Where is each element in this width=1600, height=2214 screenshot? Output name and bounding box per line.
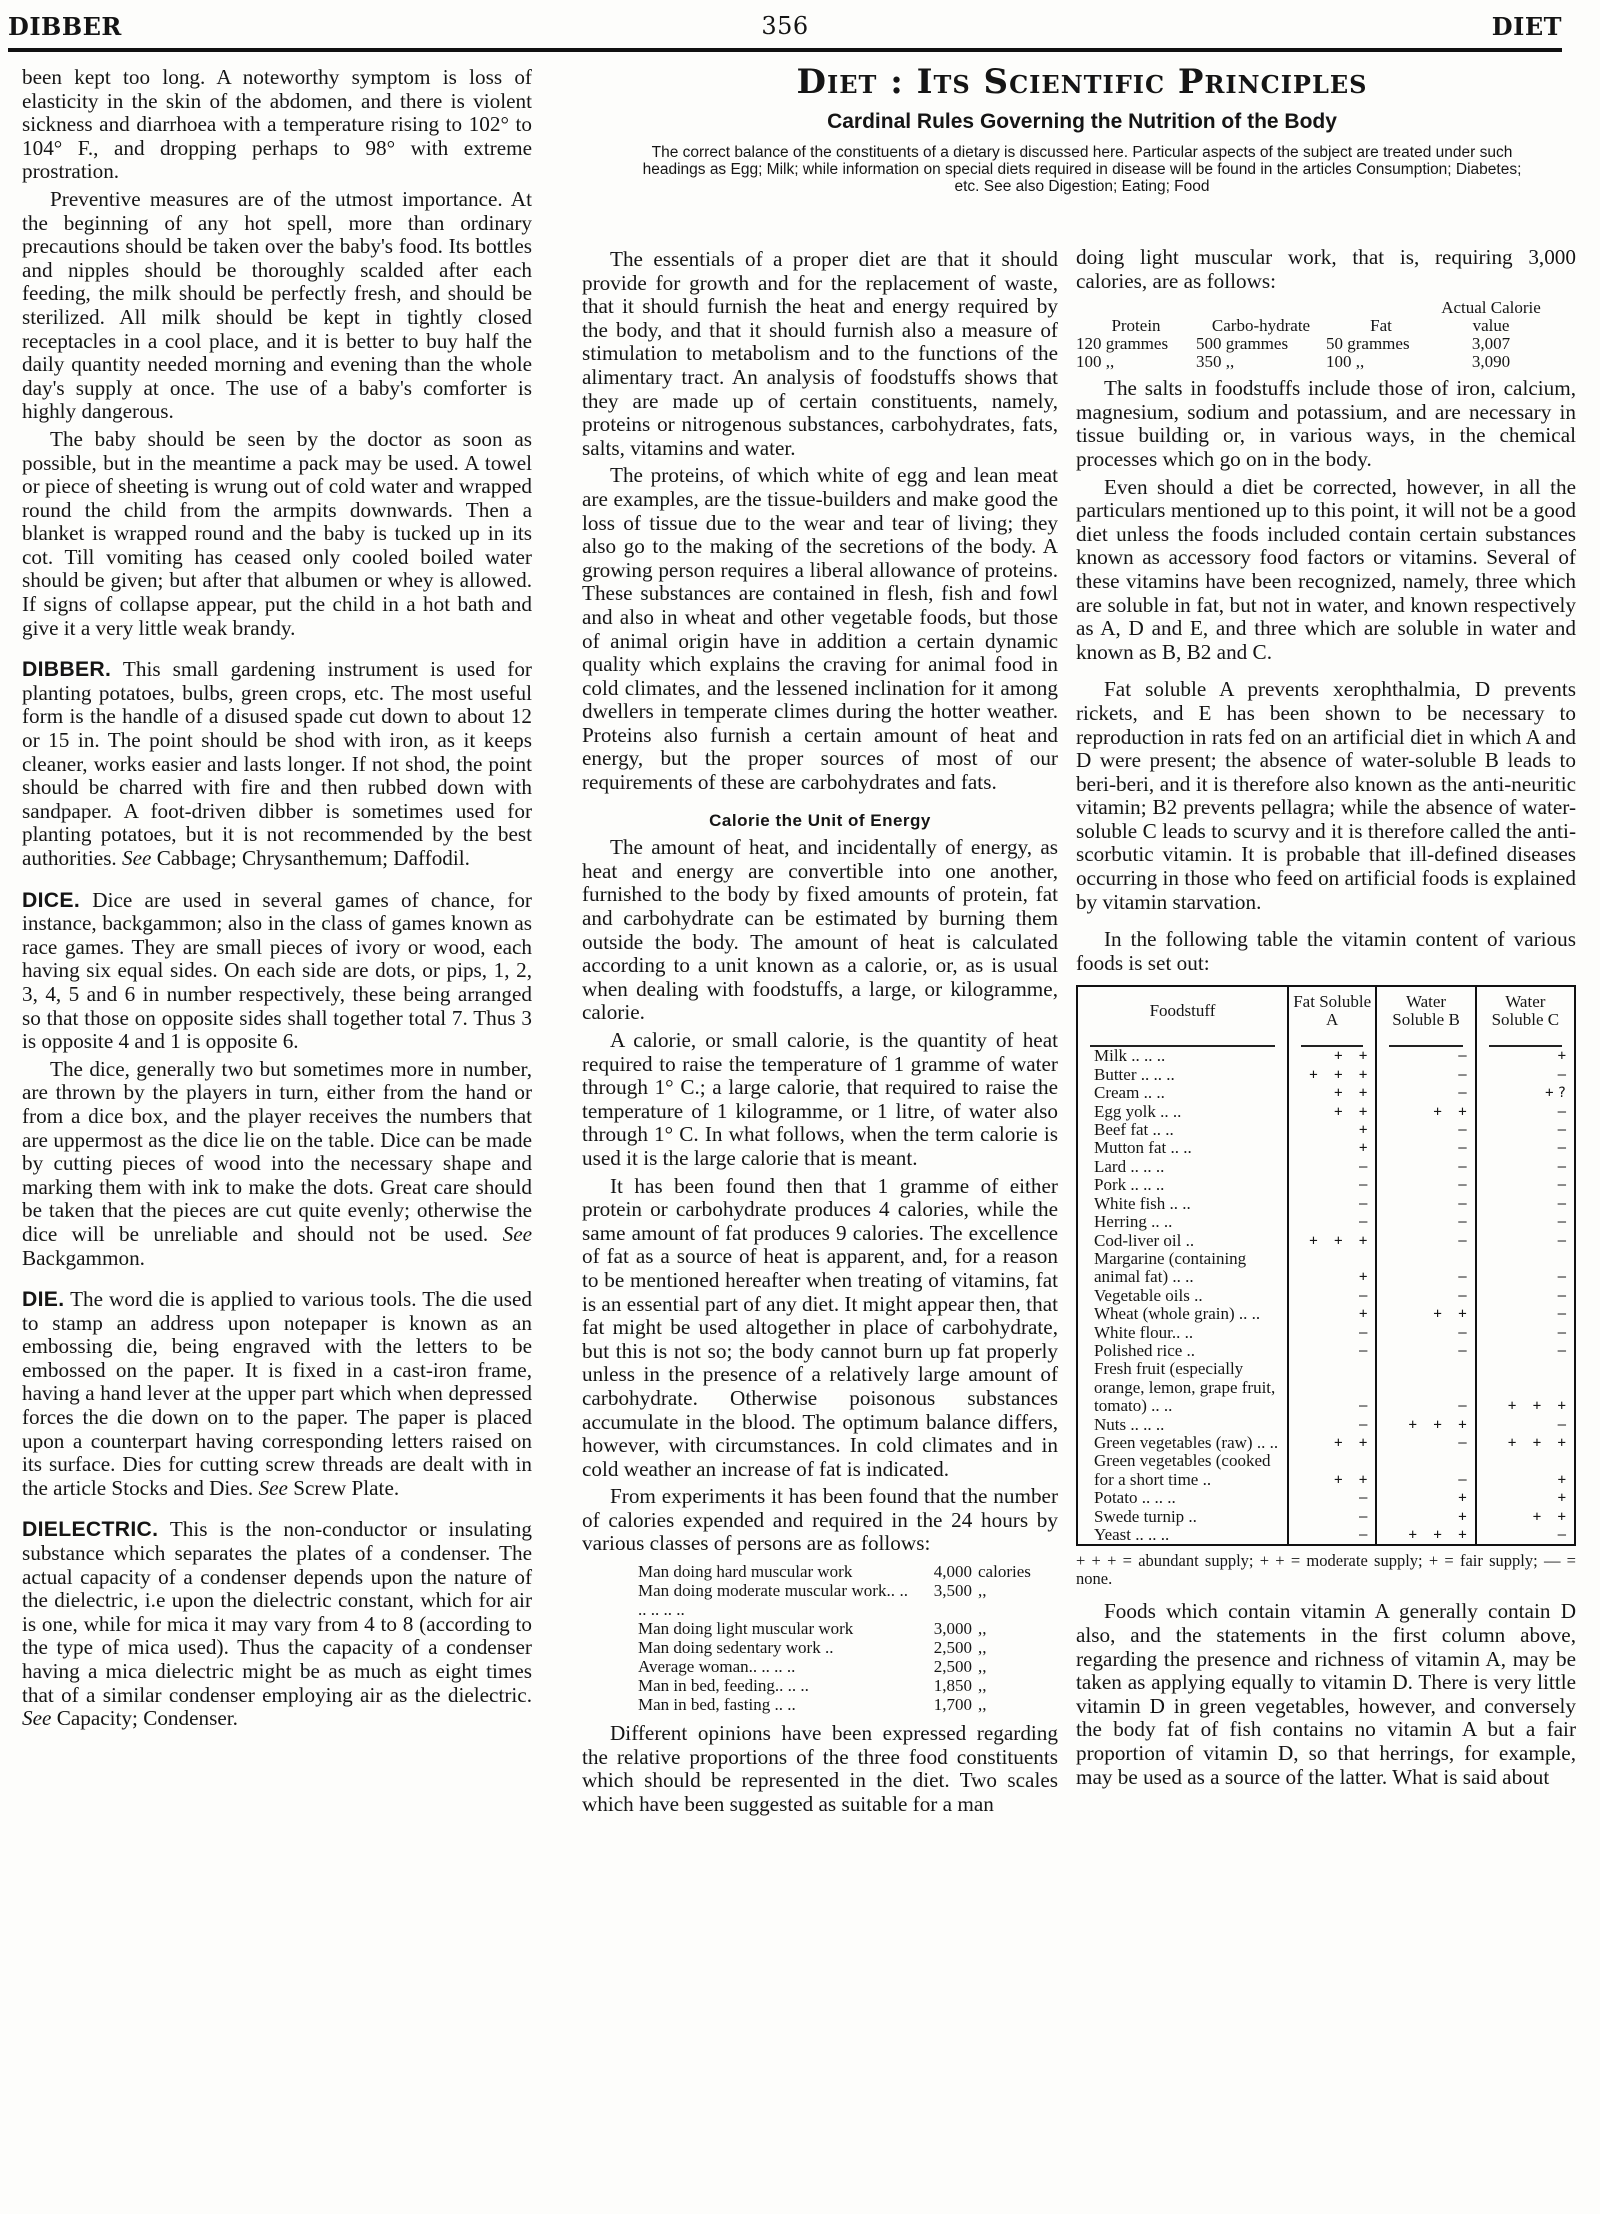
vitamin-c-cell: — — [1476, 1066, 1574, 1084]
table-row: Polished rice .. — — — — [1078, 1342, 1574, 1360]
table-row: 100 ,, 350 ,, 100 ,, 3,090 — [1076, 353, 1576, 371]
section-heading: Calorie the Unit of Energy — [582, 809, 1058, 833]
vitamin-c-cell: — — [1476, 1176, 1574, 1194]
table-row: Green vegetables (raw) .. .. + + — + + + — [1078, 1434, 1574, 1452]
paragraph: The baby should be seen by the doctor as… — [22, 428, 532, 640]
vitamin-a-cell: — — [1288, 1360, 1376, 1415]
vitamin-a-cell: — — [1288, 1416, 1376, 1434]
vitamin-b-cell: — — [1376, 1139, 1475, 1157]
running-head-right: DIET — [1492, 12, 1562, 41]
foodstuff-cell: Herring .. .. — [1078, 1213, 1288, 1231]
table-row: Wheat (whole grain) .. .. + + + — — [1078, 1305, 1574, 1323]
headword: DIBBER. — [22, 658, 111, 681]
vitamin-b-cell: — — [1376, 1176, 1475, 1194]
see-reference-label: See — [259, 1476, 288, 1500]
vitamin-a-cell: + — [1288, 1305, 1376, 1323]
foodstuff-cell: Green vegetables (cooked for a short tim… — [1078, 1452, 1288, 1489]
cross-reference[interactable]: Capacity; Condenser. — [51, 1706, 238, 1730]
foodstuff-cell: Milk .. .. .. — [1078, 1047, 1288, 1065]
vitamin-a-cell: — — [1288, 1176, 1376, 1194]
foodstuff-cell: Mutton fat .. .. — [1078, 1139, 1288, 1157]
foodstuff-cell: Beef fat .. .. — [1078, 1121, 1288, 1139]
vitamin-b-cell: + + — [1376, 1103, 1475, 1121]
vitamin-c-cell: — — [1476, 1158, 1574, 1176]
table-row: Man doing sedentary work ..2,500,, — [638, 1638, 1058, 1657]
table-row: Cream .. .. + + — +? — [1078, 1084, 1574, 1102]
vitamin-a-cell: — — [1288, 1489, 1376, 1507]
paragraph: From experiments it has been found that … — [582, 1485, 1058, 1556]
table-row: Swede turnip .. — + + + — [1078, 1508, 1574, 1526]
vitamin-b-cell: — — [1376, 1158, 1475, 1176]
table-row: Lard .. .. .. — — — — [1078, 1158, 1574, 1176]
table-row: Margarine (containing animal fat) .. .. … — [1078, 1250, 1574, 1287]
foodstuff-cell: Swede turnip .. — [1078, 1508, 1288, 1526]
vitamin-b-cell: — — [1376, 1360, 1475, 1415]
entry-dice: DICE. Dice are used in several games of … — [22, 889, 532, 1054]
vitamin-c-cell: — — [1476, 1287, 1574, 1305]
vitamin-b-cell: — — [1376, 1452, 1475, 1489]
vitamin-b-cell: + — [1376, 1508, 1475, 1526]
vitamin-c-cell: — — [1476, 1305, 1574, 1323]
vitamin-a-cell: + — [1288, 1121, 1376, 1139]
vitamin-c-cell: + — [1476, 1489, 1574, 1507]
table-row: Green vegetables (cooked for a short tim… — [1078, 1452, 1574, 1489]
see-reference-label: See — [22, 1706, 51, 1730]
table-row: Milk .. .. .. + + — + — [1078, 1047, 1574, 1065]
entry-dielectric: DIELECTRIC. This is the non-conductor or… — [22, 1518, 532, 1730]
entry-die: DIE. The word die is applied to various … — [22, 1288, 532, 1500]
foodstuff-cell: Cod-liver oil .. — [1078, 1232, 1288, 1250]
cross-reference[interactable]: Backgammon. — [22, 1246, 145, 1270]
vitamin-c-cell: + — [1476, 1047, 1574, 1065]
foodstuff-cell: Fresh fruit (especially orange, lemon, g… — [1078, 1360, 1288, 1415]
vitamin-a-cell: — — [1288, 1213, 1376, 1231]
vitamin-c-cell: — — [1476, 1103, 1574, 1121]
paragraph: A calorie, or small calorie, is the quan… — [582, 1029, 1058, 1171]
vitamin-a-cell: + + — [1288, 1434, 1376, 1452]
cross-reference[interactable]: Screw Plate. — [288, 1476, 399, 1500]
vitamin-a-cell: — — [1288, 1342, 1376, 1360]
paragraph: been kept too long. A noteworthy symptom… — [22, 66, 532, 184]
vitamin-a-cell: + — [1288, 1139, 1376, 1157]
vitamin-b-cell: + + — [1376, 1305, 1475, 1323]
vitamin-b-cell: — — [1376, 1084, 1475, 1102]
foodstuff-cell: Potato .. .. .. — [1078, 1489, 1288, 1507]
foodstuff-cell: Nuts .. .. .. — [1078, 1416, 1288, 1434]
vitamin-c-cell: — — [1476, 1121, 1574, 1139]
foodstuff-cell: Polished rice .. — [1078, 1342, 1288, 1360]
foodstuff-cell: Cream .. .. — [1078, 1084, 1288, 1102]
vitamin-a-cell: + + + — [1288, 1066, 1376, 1084]
paragraph: The essentials of a proper diet are that… — [582, 248, 1058, 460]
running-head-left: DIBBER — [8, 12, 122, 41]
vitamin-b-cell: — — [1376, 1066, 1475, 1084]
calorie-requirements-table: Man doing hard muscular work4,000calorie… — [638, 1562, 1058, 1714]
headword: DIELECTRIC. — [22, 1518, 158, 1541]
headword: DIE. — [22, 1288, 64, 1311]
header-rule — [8, 48, 1562, 52]
foodstuff-cell: Vegetable oils .. — [1078, 1287, 1288, 1305]
page-number: 356 — [761, 12, 808, 40]
foodstuff-cell: Green vegetables (raw) .. .. — [1078, 1434, 1288, 1452]
foodstuff-cell: White flour.. .. — [1078, 1324, 1288, 1342]
foodstuff-cell: White fish .. .. — [1078, 1195, 1288, 1213]
table-row: Man doing moderate muscular work.. .. ..… — [638, 1581, 1058, 1619]
diet-ratio-table: Protein Carbo-hydrate Fat Actual Calorie… — [1076, 299, 1576, 371]
vitamin-b-cell: — — [1376, 1287, 1475, 1305]
table-header: Foodstuff Fat Soluble A Water Soluble B … — [1078, 987, 1574, 1039]
foodstuff-cell: Pork .. .. .. — [1078, 1176, 1288, 1194]
foodstuff-cell: Egg yolk .. .. — [1078, 1103, 1288, 1121]
cross-reference[interactable]: Cabbage; Chrysanthemum; Daffodil. — [151, 846, 470, 870]
article-blurb: The correct balance of the constituents … — [642, 144, 1522, 195]
table-row: Potato .. .. .. — + + — [1078, 1489, 1574, 1507]
vitamin-b-cell: — — [1376, 1195, 1475, 1213]
see-reference-label: See — [503, 1222, 532, 1246]
table-row: White flour.. .. — — — — [1078, 1324, 1574, 1342]
vitamin-a-cell: — — [1288, 1508, 1376, 1526]
foodstuff-cell: Lard .. .. .. — [1078, 1158, 1288, 1176]
foodstuff-cell: Butter .. .. .. — [1078, 1066, 1288, 1084]
table-row: 120 grammes 500 grammes 50 grammes 3,007 — [1076, 335, 1576, 353]
foodstuff-cell: Margarine (containing animal fat) .. .. — [1078, 1250, 1288, 1287]
left-column: been kept too long. A noteworthy symptom… — [22, 66, 532, 1735]
paragraph: Foods which contain vitamin A generally … — [1076, 1600, 1576, 1789]
vitamin-c-cell: +? — [1476, 1084, 1574, 1102]
vitamin-c-cell: + + — [1476, 1508, 1574, 1526]
table-row: Cod-liver oil .. + + + — — — [1078, 1232, 1574, 1250]
vitamin-b-cell: + + + — [1376, 1416, 1475, 1434]
vitamin-c-cell: — — [1476, 1232, 1574, 1250]
vitamin-c-cell: — — [1476, 1139, 1574, 1157]
table-row: Vegetable oils .. — — — — [1078, 1287, 1574, 1305]
article-subtitle: Cardinal Rules Governing the Nutrition o… — [582, 110, 1582, 134]
table-row: Fresh fruit (especially orange, lemon, g… — [1078, 1360, 1574, 1415]
vitamin-c-cell: + + + — [1476, 1434, 1574, 1452]
table-row: Egg yolk .. .. + + + + — — [1078, 1103, 1574, 1121]
vitamin-b-cell: + — [1376, 1489, 1475, 1507]
table-row: Nuts .. .. .. — + + + — — [1078, 1416, 1574, 1434]
vitamin-b-cell: — — [1376, 1250, 1475, 1287]
vitamin-a-cell: + + + — [1288, 1232, 1376, 1250]
table-row: Man in bed, fasting .. ..1,700,, — [638, 1695, 1058, 1714]
vitamin-c-cell: — — [1476, 1250, 1574, 1287]
table-row: Butter .. .. .. + + + — — — [1078, 1066, 1574, 1084]
vitamin-a-cell: + + — [1288, 1103, 1376, 1121]
vitamin-b-cell: — — [1376, 1434, 1475, 1452]
vitamin-c-cell: — — [1476, 1324, 1574, 1342]
headword: DICE. — [22, 889, 80, 912]
vitamin-b-cell: — — [1376, 1121, 1475, 1139]
vitamin-b-cell: — — [1376, 1324, 1475, 1342]
paragraph: Different opinions have been expressed r… — [582, 1722, 1058, 1816]
vitamin-a-cell: — — [1288, 1158, 1376, 1176]
vitamin-a-cell: + — [1288, 1250, 1376, 1287]
paragraph: The amount of heat, and incidentally of … — [582, 836, 1058, 1025]
paragraph: Even should a diet be corrected, however… — [1076, 476, 1576, 665]
vitamin-b-cell: — — [1376, 1232, 1475, 1250]
paragraph: Fat soluble A prevents xerophthalmia, D … — [1076, 678, 1576, 914]
article-header: Diet : Its Scientific Principles Cardina… — [582, 62, 1582, 195]
vitamin-a-cell: + + — [1288, 1084, 1376, 1102]
vitamin-a-cell: + + — [1288, 1452, 1376, 1489]
vitamin-b-cell: + + + — [1376, 1526, 1475, 1544]
table-row: Beef fat .. .. + — — — [1078, 1121, 1574, 1139]
table-row: White fish .. .. — — — — [1078, 1195, 1574, 1213]
vitamin-c-cell: — — [1476, 1342, 1574, 1360]
vitamin-c-cell: — — [1476, 1526, 1574, 1544]
table-row: Herring .. .. — — — — [1078, 1213, 1574, 1231]
running-head: DIBBER 356 DIET — [8, 8, 1562, 46]
table-row: Man doing hard muscular work4,000calorie… — [638, 1562, 1058, 1581]
paragraph: The proteins, of which white of egg and … — [582, 464, 1058, 794]
article-title: Diet : Its Scientific Principles — [582, 62, 1582, 102]
table-row: Pork .. .. .. — — — — [1078, 1176, 1574, 1194]
vitamin-a-cell: + + — [1288, 1047, 1376, 1065]
see-reference-label: See — [122, 846, 151, 870]
paragraph: It has been found then that 1 gramme of … — [582, 1175, 1058, 1482]
table-row: Mutton fat .. .. + — — — [1078, 1139, 1574, 1157]
paragraph: The salts in foodstuffs include those of… — [1076, 377, 1576, 471]
table-row: Man in bed, feeding.. .. ..1,850,, — [638, 1676, 1058, 1695]
table-legend: + + + = abundant supply; + + = moderate … — [1076, 1552, 1576, 1588]
vitamin-b-cell: — — [1376, 1342, 1475, 1360]
vitamin-c-cell: + + + — [1476, 1360, 1574, 1415]
right-column: doing light muscular work, that is, requ… — [1076, 246, 1576, 1793]
vitamin-c-cell: — — [1476, 1416, 1574, 1434]
paragraph: In the following table the vitamin conte… — [1076, 928, 1576, 975]
table-header: Protein Carbo-hydrate Fat Actual Calorie… — [1076, 299, 1576, 335]
vitamin-a-cell: — — [1288, 1287, 1376, 1305]
vitamin-b-cell: — — [1376, 1047, 1475, 1065]
foodstuff-cell: Wheat (whole grain) .. .. — [1078, 1305, 1288, 1323]
middle-column: The essentials of a proper diet are that… — [582, 248, 1058, 1820]
vitamin-c-cell: + — [1476, 1452, 1574, 1489]
table-row: Yeast .. .. .. — + + + — — [1078, 1526, 1574, 1544]
paragraph: Preventive measures are of the utmost im… — [22, 188, 532, 424]
foodstuff-cell: Yeast .. .. .. — [1078, 1526, 1288, 1544]
vitamin-a-cell: — — [1288, 1195, 1376, 1213]
entry-dibber: DIBBER. This small gardening instrument … — [22, 658, 532, 870]
vitamin-a-cell: — — [1288, 1324, 1376, 1342]
vitamin-c-cell: — — [1476, 1195, 1574, 1213]
vitamin-content-table: Foodstuff Fat Soluble A Water Soluble B … — [1076, 985, 1576, 1546]
vitamin-b-cell: — — [1376, 1213, 1475, 1231]
table-row: Man doing light muscular work3,000,, — [638, 1619, 1058, 1638]
vitamin-a-cell: — — [1288, 1526, 1376, 1544]
vitamin-c-cell: — — [1476, 1213, 1574, 1231]
table-row: Average woman.. .. .. ..2,500,, — [638, 1657, 1058, 1676]
paragraph: The dice, generally two but sometimes mo… — [22, 1058, 532, 1270]
paragraph: doing light muscular work, that is, requ… — [1076, 246, 1576, 293]
